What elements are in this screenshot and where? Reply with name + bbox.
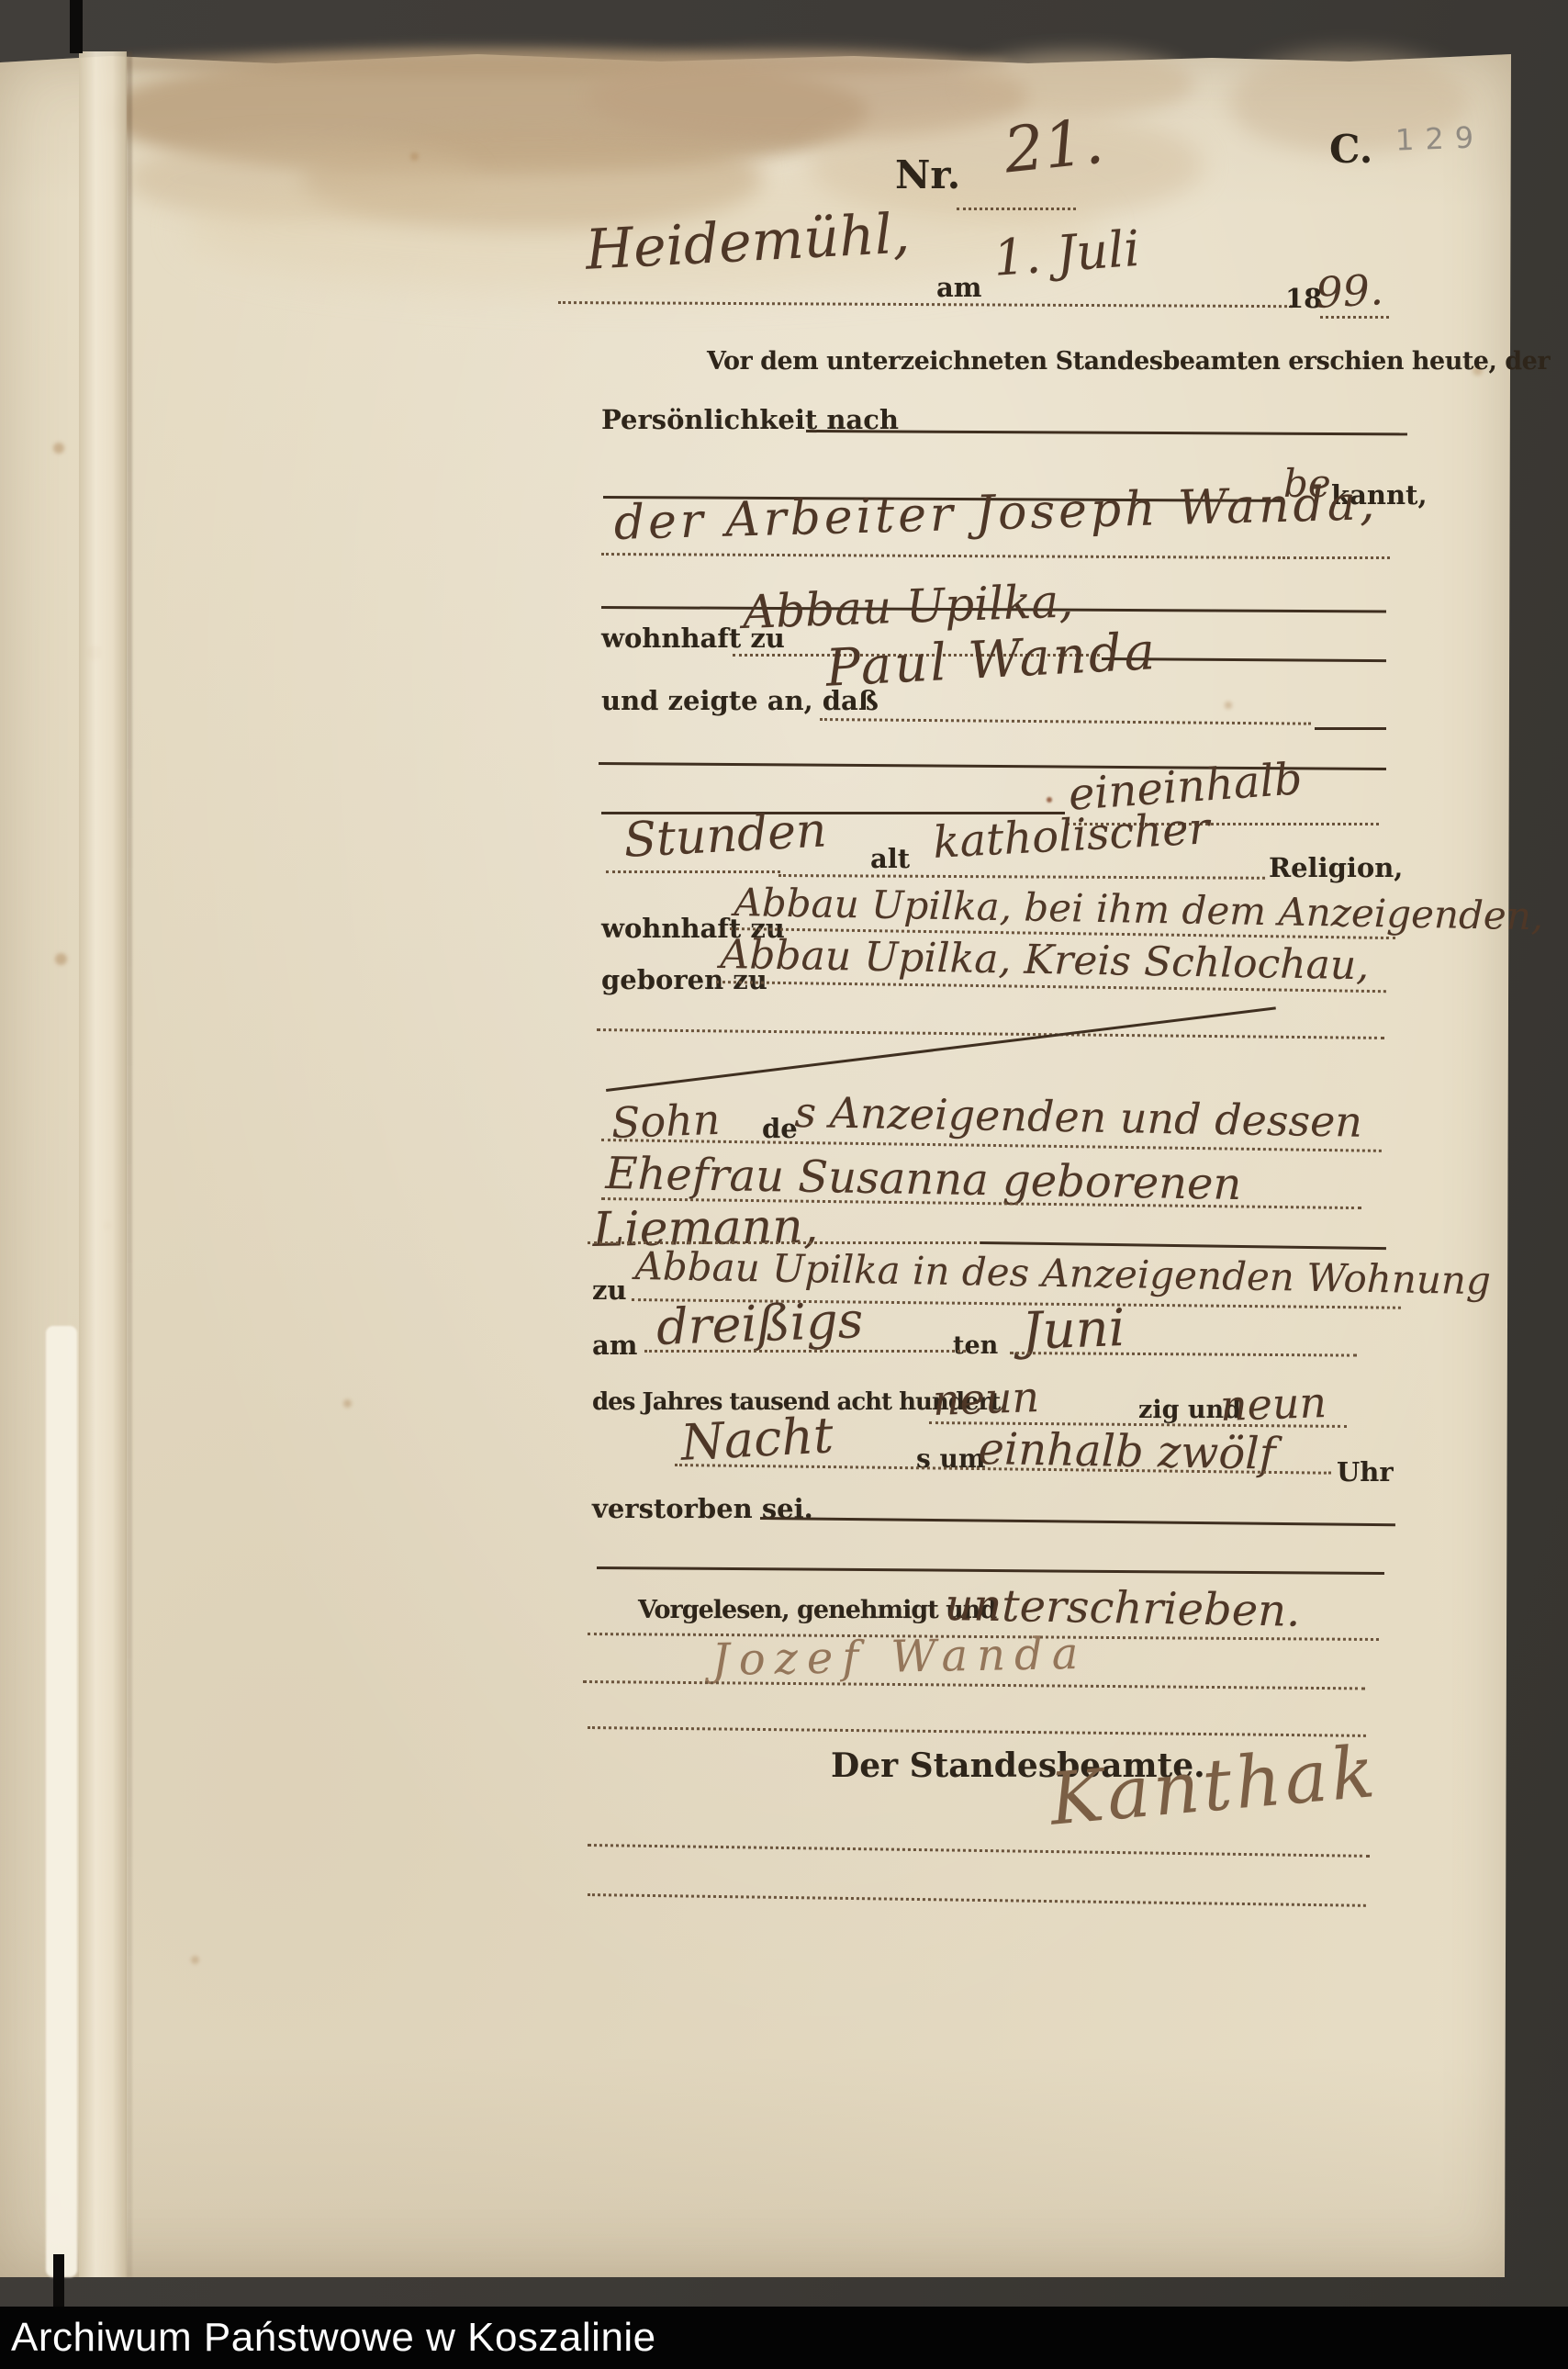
closing-printed: Vorgelesen, genehmigt und <box>638 1596 996 1624</box>
underlying-page-edge <box>46 1326 77 2277</box>
date-day-month: 1. Juli <box>991 219 1142 287</box>
ruled-line <box>1315 727 1386 730</box>
ruled-line <box>1287 556 1390 559</box>
age-label: alt <box>870 843 910 874</box>
year-written: 99. <box>1315 264 1384 318</box>
time-period: Nacht <box>679 1406 834 1472</box>
year-tens: neun <box>932 1372 1040 1425</box>
archive-name: Archiwum Państwowe w Koszalinie <box>0 2315 656 2361</box>
page-edge-strip <box>79 51 127 2277</box>
date-prefix: am <box>936 272 981 303</box>
ruled-line <box>644 1350 966 1353</box>
parent-printed: de <box>762 1113 798 1144</box>
year-ones: neun <box>1219 1377 1327 1431</box>
death-day-label: am <box>592 1330 637 1361</box>
death-place-label: zu <box>592 1274 627 1306</box>
declarant-signature: Jozef Wanda <box>711 1628 1088 1686</box>
time-unit-printed: Uhr <box>1337 1456 1394 1488</box>
death-day-value: dreißigs <box>655 1291 864 1356</box>
record-number-label: Nr. <box>895 152 960 197</box>
archive-watermark-bar: Archiwum Państwowe w Koszalinie <box>0 2307 1568 2369</box>
religion-label: Religion, <box>1269 852 1403 883</box>
parent-handwritten: s Anzeigenden und dessen <box>794 1087 1362 1147</box>
intro-line-1: Vor dem unterzeichneten Standesbeamten e… <box>707 347 1550 376</box>
scan-stage: C. 129 Nr. 21. Heidemühl, am 1. Juli 18 … <box>0 0 1568 2369</box>
closing-handwritten: unterschrieben. <box>945 1579 1301 1637</box>
age-unit: Stunden <box>622 803 828 868</box>
ruled-line <box>606 870 780 873</box>
pencil-page-number: 129 <box>1394 119 1484 157</box>
ruled-line <box>1320 316 1389 319</box>
corner-letter: C. <box>1329 127 1372 172</box>
record-number-value: 21. <box>1001 106 1107 188</box>
death-day-suffix: ten <box>953 1331 998 1360</box>
binding-thread-bottom <box>53 2254 64 2307</box>
ruled-line <box>957 208 1076 210</box>
binding-crease <box>127 51 132 2277</box>
binding-thread-top <box>70 0 83 53</box>
